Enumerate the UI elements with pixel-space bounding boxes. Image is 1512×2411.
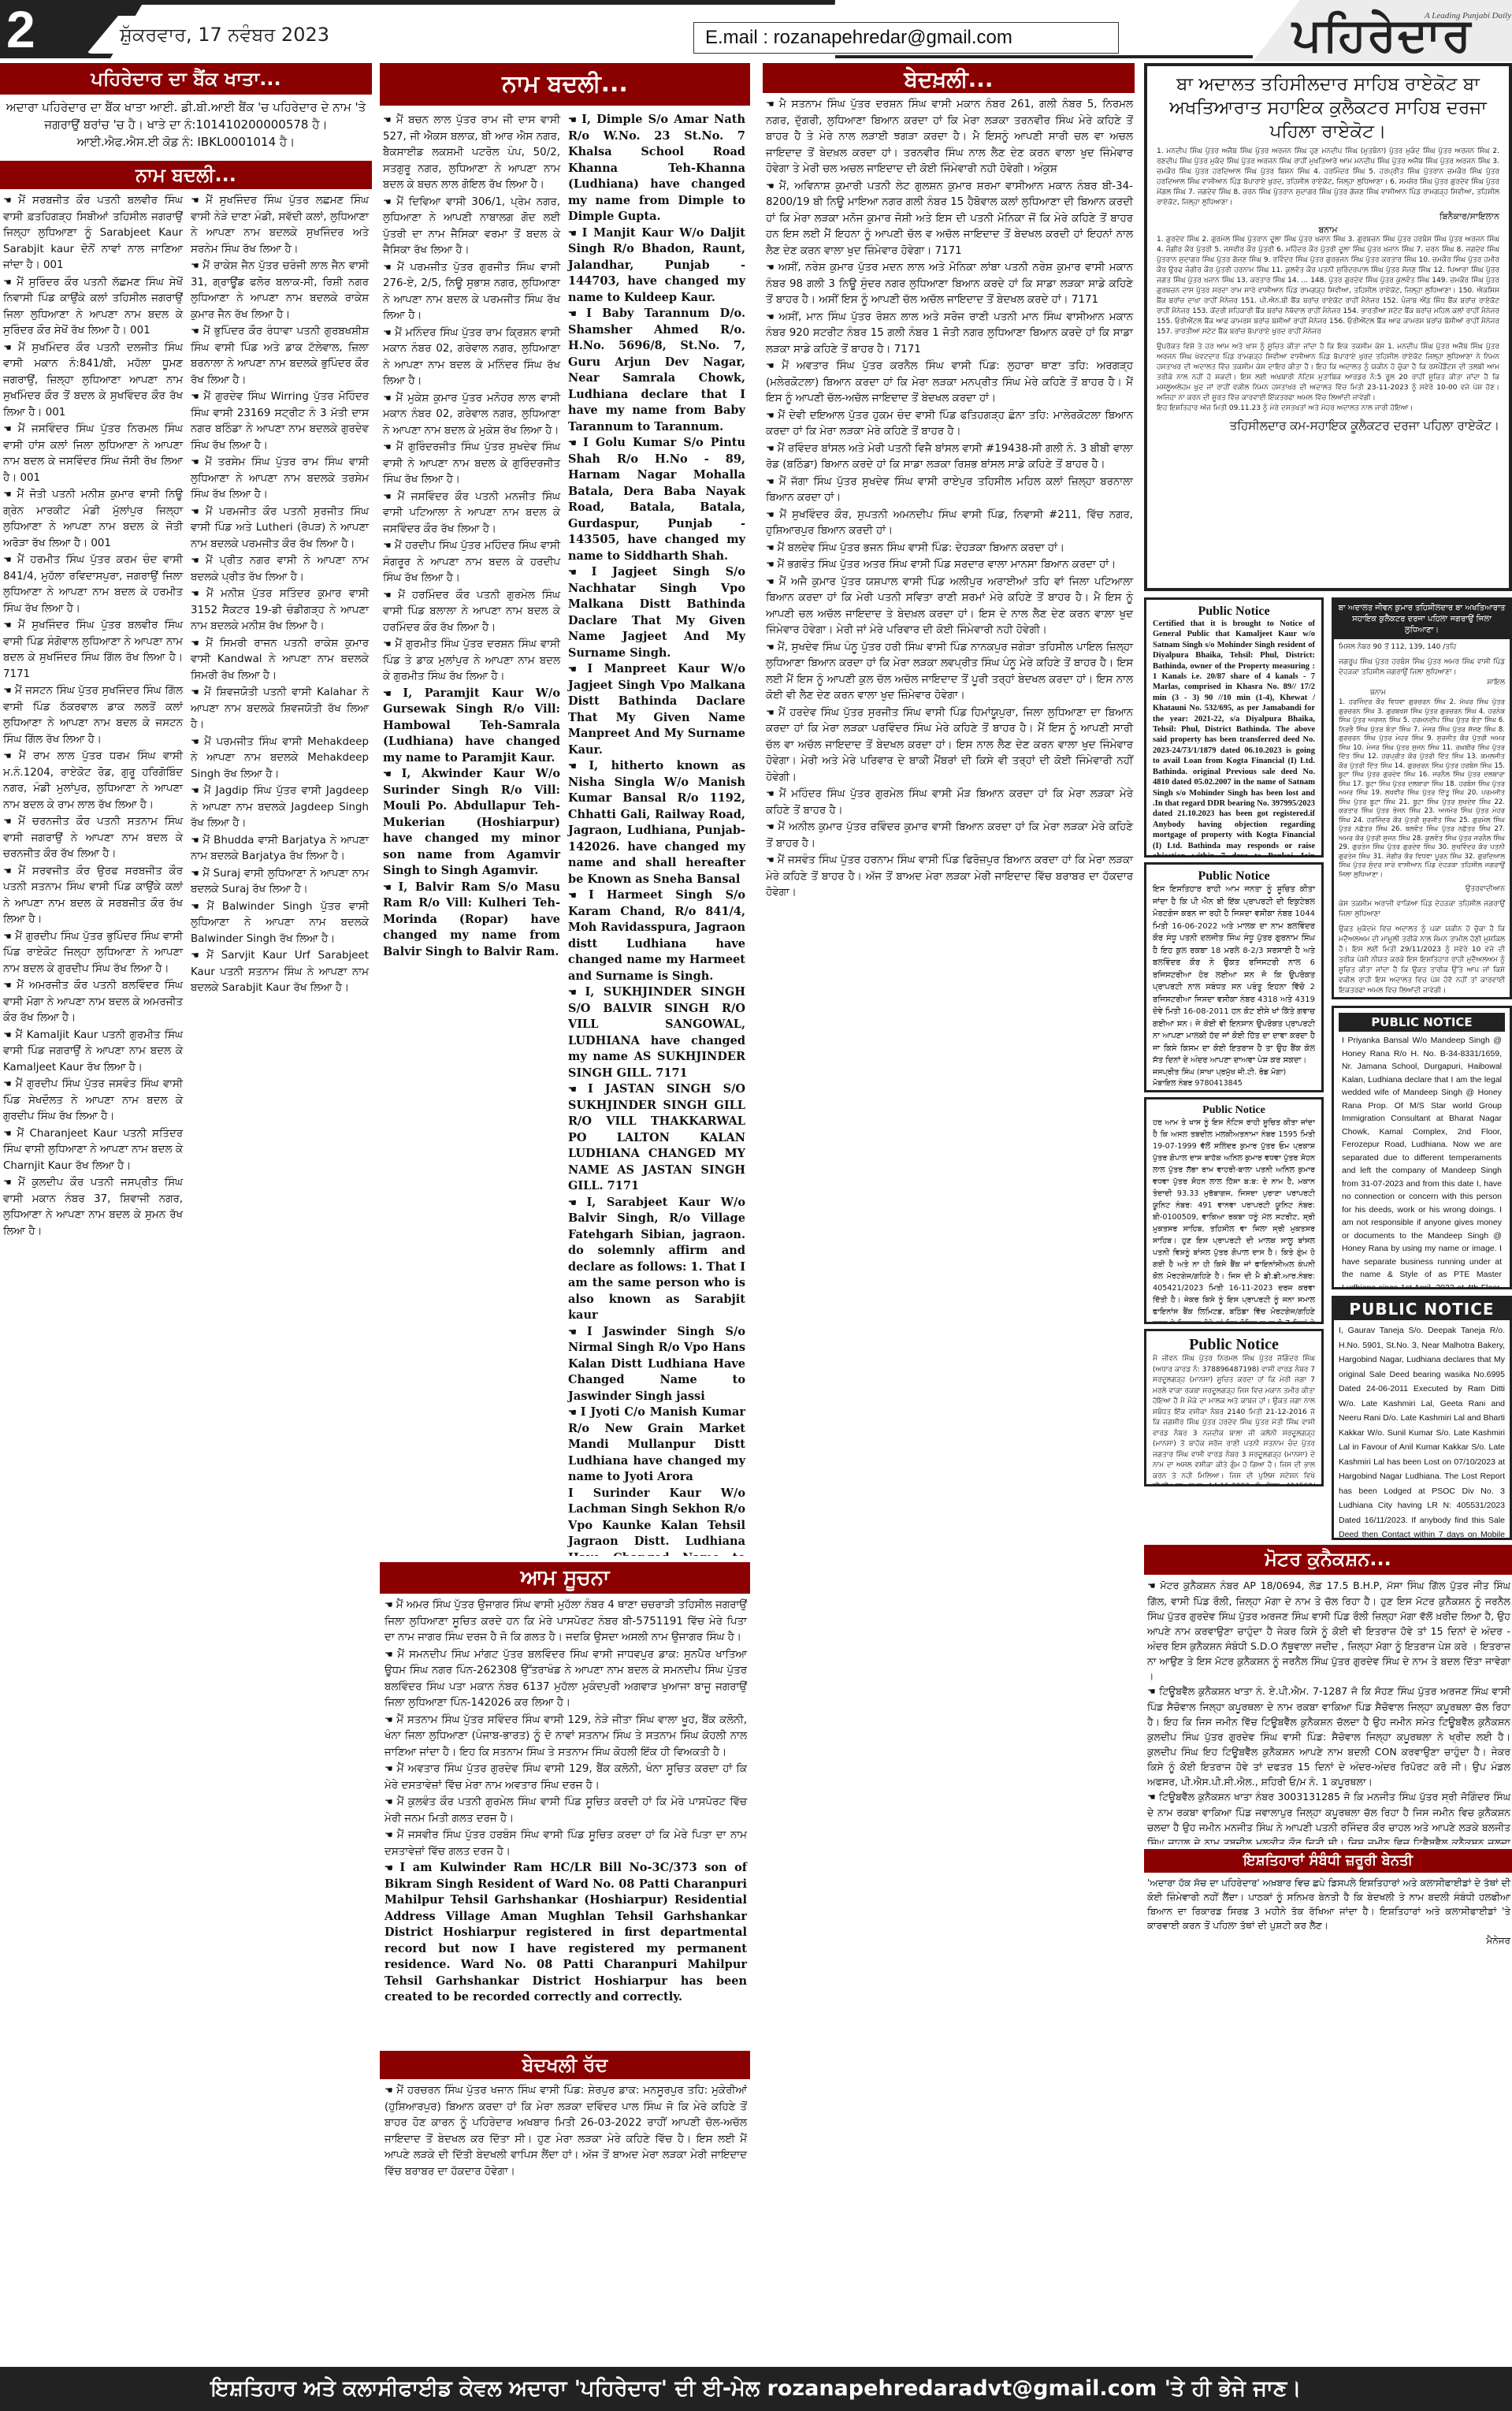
versus-label: ਬਨਾਮ (1157, 225, 1499, 235)
list-item: ਮੈਂ ਗੁਰਮੀਤ ਸਿੰਘ ਪੁੱਤਰ ਦਰਸ਼ਨ ਸਿੰਘ ਵਾਸੀ ਪਿ… (383, 636, 560, 686)
list-item: ਮੈਂ ਹਰਮਿੰਦਰ ਕੌਰ ਪਤਨੀ ਗੁਰਮੇਲ ਸਿੰਘ ਵਾਸੀ ਪਿ… (383, 587, 560, 637)
list-item: ਮੈਂ Jagdip ਸਿੰਘ ਪੁੱਤਰ ਵਾਸੀ Jagdeep ਨੇ ਆਪ… (191, 783, 369, 832)
name-change-left-col1: ਮੈਂ ਸਰਬਜੀਤ ਕੌਰ ਪਤਨੀ ਬਲਵੀਰ ਸਿੰਘ ਵਾਸੀ ਫ਼ਤਹ… (3, 192, 183, 1240)
notice-mobile: ਮੋਬਾਇਲ ਨੰਬਰ 9780413845 (1153, 1078, 1315, 1089)
disinheritance-column: ਬੇਦਖ਼ਲੀ... ਮੈ ਸਤਨਾਮ ਸਿੰਘ ਪੁੱਤਰ ਦਰਸ਼ਨ ਸਿੰ… (763, 63, 1135, 2363)
list-item: ਮੈਂ ਤਰਸੇਮ ਸਿੰਘ ਪੁੱਤਰ ਰਾਮ ਸਿੰਘ ਵਾਸੀ ਲੁਧਿਆ… (191, 454, 369, 504)
list-item: I Baby Tarannum D/o. Shamsher Ahmed R/o.… (568, 306, 745, 435)
list-item: ਮੈਂ ਚਰਨਜੀਤ ਕੌਰ ਪਤਨੀ ਸਤਨਾਮ ਸਿੰਘ ਵਾਸੀ ਜਗਰਾ… (3, 813, 183, 863)
center-column: ਨਾਮ ਬਦਲੀ... ਮੈਂ ਬਚਨ ਲਾਲ ਪੁੱਤਰ ਰਾਮ ਜੀ ਦਾਸ… (380, 63, 750, 2205)
list-item: ਮੈਂ Suraj ਵਾਸੀ ਲੁਧਿਆਣਾ ਨੇ ਆਪਣਾ ਨਾਮ ਬਦਲਕੇ… (191, 865, 369, 899)
list-item: ਮੈਂ ਬਲਦੇਵ ਸਿੰਘ ਪੁੱਤਰ ਭਜਨ ਸਿੰਘ ਵਾਸੀ ਪਿੰਡ:… (766, 540, 1133, 557)
list-item: I Jagjeet Singh S/o Nachhatar Singh Vpo … (568, 564, 745, 661)
list-item: ਟਿਊਬਵੈੱਲ ਕੁਨੈਕਸ਼ਨ ਖਾਤਾ ਨੰ. ਏ.ਪੀ.ਐਮ. 7-12… (1147, 1684, 1510, 1789)
notice-title: PUBLIC NOTICE (1334, 1298, 1510, 1320)
list-item: I Jyoti C/o Manish Kumar R/o New Grain M… (568, 1405, 745, 1486)
list-item: ਮੈਂ ਗੁਰਦੇਵ ਸਿੰਘ Wirring ਪੁੱਤਰ ਮੋਹਿੰਦਰ ਸਿ… (191, 389, 369, 454)
list-item: ਮੈਂ ਸਿਮਰੀ ਰਾਜਨ ਪਤਨੀ ਰਾਕੇਸ਼ ਕੁਮਾਰ ਵਾਸੀ Ka… (191, 635, 369, 685)
list-item: ਮੈਂ ਅਵਤਾਰ ਸਿੰਘ ਪੁੱਤਰ ਗੁਰਦੇਵ ਸਿੰਘ ਵਾਸੀ 12… (385, 1761, 747, 1794)
name-change-center-col1: ਮੈਂ ਬਚਨ ਲਾਲ ਪੁੱਤਰ ਰਾਮ ਜੀ ਦਾਸ ਵਾਸੀ 527, ਜ… (383, 112, 560, 1556)
list-item: I, Balvir Ram S/o Masu Ram R/o Vill: Kul… (383, 880, 560, 961)
list-item: ਮੈਂ ਮੁਕੇਸ਼ ਕੁਮਾਰ ਪੁੱਤਰ ਮਨੋਹਰ ਲਾਲ ਵਾਸੀ ਮਕ… (383, 390, 560, 440)
list-item: ਮੈਂ ਜੋਤੀ ਪਤਨੀ ਮਨੀਸ਼ ਕੁਮਾਰ ਵਾਸੀ ਨਿਊ ਗ੍ਰੇਨ… (3, 486, 183, 552)
list-item: I, Akwinder Kaur W/o Surinder Singh R/o … (383, 766, 560, 880)
notice-text: ਇਸ ਇਸਤਿਹਾਰ ਰਾਹੀ ਆਮ ਜਨਤਾ ਨੂੰ ਸੂਚਿਤ ਕੀਤਾ ਜ… (1153, 884, 1315, 1067)
plaintiffs: 1. ਮਨਦੀਪ ਸਿੰਘ ਪੁੱਤਰ ਅਜੈਬ ਸਿੰਘ ਪੁੱਤਰ ਅਰਜਨ… (1157, 147, 1499, 208)
name-change-heading-left: ਨਾਮ ਬਦਲੀ... (0, 161, 372, 189)
name-change-center-col2: I, Dimple S/o Amar Nath R/o W.No. 23 St.… (568, 112, 745, 1556)
name-change-left-col2: ਮੈਂ ਸੁਖਜਿੰਦਰ ਸਿੰਘ ਪੁੱਤਰ ਲਛਮਣ ਸਿੰਘ ਵਾਸੀ ਨ… (191, 192, 369, 1240)
list-item: ਮੈਂ ਸ਼ਿਵਜਯੋਤੀ ਪਤਨੀ ਵਾਸੀ Kalahar ਨੇ ਆਪਣਾ … (191, 684, 369, 734)
list-item: ਮੈਂ Bhudda ਵਾਸੀ Barjatya ਨੇ ਆਪਣਾ ਨਾਮ ਬਦਲ… (191, 832, 369, 865)
court-notice-issued: ਇਹ ਇਸ਼ਤਿਹਾਰ ਅੱਜ ਮਿਤੀ 09.11.23 ਨੂੰ ਮੇਰੇ ਦ… (1157, 404, 1499, 414)
list-item: ਮੈਂ ਰਵਿੰਦਰ ਬਾਂਸਲ ਅਤੇ ਮੇਰੀ ਪਤਨੀ ਵਿਜੈ ਬਾਂਸ… (766, 441, 1133, 474)
list-item: I, Dimple S/o Amar Nath R/o W.No. 23 St.… (568, 112, 745, 225)
list-item: ਮੈਂ ਭੁਪਿੰਦਰ ਕੌਰ ਰੰਧਾਵਾ ਪਤਨੀ ਗੁਰਬਖਸ਼ੀਸ਼ ਸ… (191, 323, 369, 389)
list-item: I am Kulwinder Ram HC/LR Bill No-3C/373 … (385, 1860, 747, 2006)
notice-text: I Priyanka Bansal W/o Mandeep Singh @ Ho… (1339, 1032, 1505, 1289)
list-item: ਮੈਂ ਅਜੈ ਕੁਮਾਰ ਪੁੱਤਰ ਯਸ਼ਪਾਲ ਵਾਸੀ ਪਿੰਡ ਅਲੀ… (766, 574, 1133, 639)
disinheritance-cancel-heading: ਬੇਦਖਲੀ ਰੱਦ (380, 2051, 750, 2079)
notice-text: ਹਰ ਆਮ ਤੇ ਖਾਸ ਨੂੰ ਇਸ ਨੋਟਿਸ ਰਾਹੀ ਸੂਚਿਤ ਕੀਤ… (1153, 1117, 1315, 1324)
file-number: ਮਿਸਲ ਨੰਬਰ 90 ਤੋਂ 112, 139, 140 /ਤਹਿ (1339, 642, 1505, 653)
list-item: ਮੈਂ ਬਚਨ ਲਾਲ ਪੁੱਤਰ ਰਾਮ ਜੀ ਦਾਸ ਵਾਸੀ 527, ਜ… (383, 112, 560, 194)
ad-request-text: 'ਅਦਾਰਾ ਹੱਕ ਸੱਚ ਦਾ ਪਹਿਰੇਦਾਰ' ਅਖ਼ਬਾਰ ਵਿਚ ਛ… (1147, 1876, 1510, 1933)
footer-banner: ਇਸ਼ਤਿਹਾਰ ਅਤੇ ਕਲਾਸੀਫਾਈਡ ਕੇਵਲ ਅਦਾਰਾ 'ਪਹਿਰੇ… (0, 2367, 1512, 2411)
motor-connection-list: ਮੋਟਰ ਕੁਨੈਕਸ਼ਨ ਨੰਬਰ AP 18/0694, ਲੋਡ 17.5 … (1144, 1575, 1512, 1844)
list-item: ਮੈਂ ਕੁਲਵੰਤ ਕੌਰ ਪਤਨੀ ਗੁਰਮੇਲ ਸਿੰਘ ਵਾਸੀ ਪਿੰ… (385, 1794, 747, 1827)
bank-text: ਅਦਾਰਾ ਪਹਿਰੇਦਾਰ ਦਾ ਬੈਂਕ ਖਾਤਾ ਆਈ. ਡੀ.ਬੀ.ਆਈ… (0, 95, 372, 161)
footer-text: ਇਸ਼ਤਿਹਾਰ ਅਤੇ ਕਲਾਸੀਫਾਈਡ ਕੇਵਲ ਅਦਾਰਾ 'ਪਹਿਰੇ… (211, 2376, 1302, 2402)
name-change-heading-center: ਨਾਮ ਬਦਲੀ... (380, 63, 750, 106)
list-item: ਮੈਂ ਪਰਮਜੀਤ ਸਿੰਘ ਵਾਸੀ Mehakdeep ਨੇ ਆਪਣਾ ਨ… (191, 734, 369, 783)
list-item: ਮੈਂ ਅਨੀਲ ਕੁਮਾਰ ਪੁੱਤਰ ਰਵਿੰਦਰ ਕੁਮਾਰ ਵਾਸੀ ਬ… (766, 819, 1133, 852)
ad-request-heading: ਇਸ਼ਤਿਹਾਰਾਂ ਸੰਬੰਧੀ ਜ਼ਰੂਰੀ ਬੇਨਤੀ (1144, 1849, 1512, 1873)
logo-tagline: A Leading Punjabi Daily (1425, 11, 1511, 20)
list-item: ਮੈਂ ਸਰਵਜੀਤ ਕੌਰ ਉਰਫ ਸਰਬਜੀਤ ਕੌਰ ਪਤਨੀ ਸਤਨਾਮ… (3, 863, 183, 928)
disinheritance-list: ਮੈ ਸਤਨਾਮ ਸਿੰਘ ਪੁੱਤਰ ਦਰਸ਼ਨ ਸਿੰਘ ਵਾਸੀ ਮਕਾਨ… (763, 93, 1135, 2363)
list-item: ਮੈਂ ਦੇਵੀ ਦਇਆਲ ਪੁੱਤਰ ਹੁਕਮ ਚੰਦ ਵਾਸੀ ਪਿੰਡ ਫ… (766, 407, 1133, 441)
notice-title: Public Notice (1153, 605, 1315, 619)
list-item: ਮੈਂ ਰਾਕੇਸ਼ ਜੈਨ ਪੁੱਤਰ ਚਰੰਜੀ ਲਾਲ ਜੈਨ ਵਾਸੀ … (191, 258, 369, 323)
list-item: I, hitherto known as Nisha Singla W/o Ma… (568, 758, 745, 887)
list-item: ਮੈਂ ਸਮਨਦੀਪ ਸਿੰਘ ਮਾਂਗਟ ਪੁੱਤਰ ਬਲਵਿੰਦਰ ਸਿੰਘ… (385, 1646, 747, 1712)
list-item: ਅਸੀਂ, ਨਰੇਸ਼ ਕੁਮਾਰ ਪੁੱਤਰ ਮਦਨ ਲਾਲ ਅਤੇ ਮੋਨਿ… (766, 259, 1133, 309)
list-item: ਮੈਂ ਸੁਰਿੰਦਰ ਕੌਰ ਪਤਨੀ ਲੱਛਮਣ ਸਿੰਘ ਸੇਖੋਂ ਨਿ… (3, 274, 183, 340)
plaintiff: ਜਗਰੂਪ ਸਿੰਘ ਪੁੱਤਰ ਹਰਬੰਸ ਸਿੰਘ ਪੁੱਤਰ ਅਮਰ ਸਿ… (1339, 657, 1505, 678)
right-column: ਬਾ ਅਦਾਲਤ ਤਹਿਸੀਲਦਾਰ ਸਾਹਿਬ ਰਾਏਕੋਟ ਬਾ ਅਖਤਿਆ… (1144, 63, 1512, 1948)
notice-text: Certified that it is brought to Notice o… (1153, 619, 1315, 858)
plaintiff-label: ਸਾਇਲ (1339, 678, 1505, 688)
court-notice-raikot: ਬਾ ਅਦਾਲਤ ਤਹਿਸੀਲਦਾਰ ਸਾਹਿਬ ਰਾਏਕੋਟ ਬਾ ਅਖਤਿਆ… (1144, 63, 1512, 591)
notice-title: PUBLIC NOTICE (1339, 1013, 1505, 1032)
court-notice-signature: ਤਹਿਸੀਲਦਾਰ ਕਮ-ਸਹਾਇਕ ਕੂਲੈਕਟਰ ਦਰਜਾ ਪਹਿਲਾ ਰਾ… (1157, 419, 1499, 433)
notice-text: I, Gaurav Taneja S/o. Deepak Taneja R/o.… (1334, 1320, 1510, 1540)
list-item: ਮੈਂ ਗੁਰਿੰਦਰਜੀਤ ਸਿੰਘ ਪੁੱਤਰ ਸੁਖਦੇਵ ਸਿੰਘ ਵਾ… (383, 439, 560, 489)
list-item: ਮੈਂ ਜੱਗਾ ਸਿੰਘ ਪੁੱਤਰ ਸੁਖਦੇਵ ਸਿੰਘ ਵਾਸੀ ਰਾਏ… (766, 474, 1133, 507)
notice-title: Public Notice (1153, 869, 1315, 884)
public-notice-kamaljeet: Public Notice Certified that it is broug… (1144, 597, 1324, 858)
list-item: I Jaswinder Singh S/o Nirmal Singh R/o V… (568, 1324, 745, 1405)
list-item: ਮੈਂ ਮਨਿੰਦਰ ਸਿੰਘ ਪੁੱਤਰ ਰਾਮ ਕ੍ਰਿਸ਼ਨ ਵਾਸੀ ਮ… (383, 325, 560, 390)
list-item: ਮੈਂ Charanjeet Kaur ਪਤਨੀ ਸਤਿੰਦਰ ਸਿੰਘ ਵਾਸ… (3, 1126, 183, 1175)
list-item: ਮੈਂ ਪ੍ਰੀਤ ਨਗਰ ਵਾਸੀ ਨੇ ਆਪਣਾ ਨਾਮ ਬਦਲਕੇ ਪ੍ਰ… (191, 553, 369, 586)
defendants: 1. ਗੁਰਦੇਵ ਸਿੰਘ 2. ਗੁਰਮੇਲ ਸਿੰਘ ਪੁੱਤਰਾਨ ਦੂ… (1157, 235, 1499, 337)
list-item: ਮੈਂ ਕੁਲਦੀਪ ਕੌਰ ਪਤਨੀ ਜਸਪ੍ਰੀਤ ਸਿੰਘ ਵਾਸੀ ਮਕ… (3, 1174, 183, 1240)
list-item: ਮੋਟਰ ਕੁਨੈਕਸ਼ਨ ਨੰਬਰ AP 18/0694, ਲੋਡ 17.5 … (1147, 1578, 1510, 1684)
public-notice-priyanka: PUBLIC NOTICE I Priyanka Bansal W/o Mand… (1332, 1006, 1512, 1289)
notice-text: ਮੈ ਜੀਵਨ ਸਿੰਘ ਪੁੱਤਰ ਨਿਰਮਲ ਸਿੰਘ ਪੁੱਤਰ ਜੋਗਿ… (1153, 1354, 1315, 1486)
list-item: ਮੈਂ ਭਗਵੰਤ ਸਿੰਘ ਪੁੱਤਰ ਅਤਰ ਸਿੰਘ ਵਾਸੀ ਪਿੰਡ … (766, 556, 1133, 574)
list-item: ਮੈਂ ਜਸਵੀਰ ਸਿੰਘ ਪੁੱਤਰ ਹਰਬੰਸ ਸਿੰਘ ਵਾਸੀ ਪਿੰ… (385, 1827, 747, 1860)
list-item: ਟਿਊਬਵੈੱਲ ਕੁਨੈਕਸ਼ਨ ਖਾਤਾ ਨੰਬਰ 3003131285 ਜ… (1147, 1789, 1510, 1844)
court-notice-jagraon: ਬਾ ਅਦਾਲਤ ਜੀਵਨ ਕੁਮਾਰ ਤਹਿਸੀਲਦਾਰ ਬਾ ਅਖਤਿਆਰਾ… (1332, 597, 1512, 999)
public-notice-pnb: Public Notice ਇਸ ਇਸਤਿਹਾਰ ਰਾਹੀ ਆਮ ਜਨਤਾ ਨੂ… (1144, 862, 1324, 1092)
list-item: ਮੈਂ ਹਰਮੀਤ ਸਿੰਘ ਪੁੱਤਰ ਕਰਮ ਚੰਦ ਵਾਸੀ 841/4,… (3, 552, 183, 617)
list-item: ਅਸੀਂ, ਮਾਨ ਸਿੰਘ ਪੁੱਤਰ ਰੋਸ਼ਨ ਲਾਲ ਅਤੇ ਸਰੋਜ … (766, 309, 1133, 359)
list-item: I, SUKHJINDER SINGH S/O BALVIR SINGH R/O… (568, 984, 745, 1081)
case-subject: ਕੇਸ ਤਕਸੀਮ ਅਰਾਜੀ ਵਾਕਿਆ ਪਿੰਡ ਦੇਹੜਕਾ ਤਹਿਸੀਲ… (1339, 899, 1505, 920)
list-item: I, Paramjit Kaur W/o Gursewak Singh R/o … (383, 686, 560, 767)
list-item: I Manjit Kaur W/o Daljit Singh R/o Bhado… (568, 225, 745, 307)
motor-connection-heading: ਮੋਟਰ ਕੁਨੈਕਸ਼ਨ... (1144, 1545, 1512, 1575)
list-item: ਮੈਂ ਰਾਮ ਲਾਲ ਪੁੱਤਰ ਧਰਮ ਸਿੰਘ ਵਾਸੀ ਮ.ਨੰ.120… (3, 748, 183, 813)
ad-request-signature: ਮੈਨੇਜਰ (1147, 1933, 1510, 1948)
general-info-heading: ਆਮ ਸੂਚਨਾ (380, 1562, 750, 1594)
disinheritance-heading: ਬੇਦਖ਼ਲੀ... (763, 63, 1135, 93)
list-item: ਮੈਂ ਜਸਵਿੰਦਰ ਕੌਰ ਪਤਨੀ ਮਨਜੀਤ ਸਿੰਘ ਵਾਸੀ ਪਟਿ… (383, 489, 560, 538)
list-item: ਮੈਂ ਸੁਖਮਿੰਦਰ ਕੌਰ ਪਤਨੀ ਦਲਜੀਤ ਸਿੰਘ ਵਾਸੀ ਮਕ… (3, 340, 183, 422)
list-item: ਮੈਂ ਸਤਨਾਮ ਸਿੰਘ ਪੁੱਤਰ ਸਵਿੰਦਰ ਸਿੰਘ ਵਾਸੀ 12… (385, 1712, 747, 1762)
list-item: ਮੈਂ ਹਰਦੇਵ ਸਿੰਘ ਪੁੱਤਰ ਸੁਰਜੀਤ ਸਿੰਘ ਵਾਸੀ ਪਿ… (766, 705, 1133, 787)
list-item: ਮੈਂ ਜਸਵੰਤ ਸਿੰਘ ਪੁੱਤਰ ਹਰਨਾਮ ਸਿੰਘ ਵਾਸੀ ਪਿੰ… (766, 852, 1133, 902)
list-item: I Surinder Kaur W/o Lachman Singh Sekhon… (568, 1486, 745, 1557)
issue-date: ਸ਼ੁੱਕਰਵਾਰ, 17 ਨਵੰਬਰ 2023 (120, 24, 329, 46)
list-item: I, Sarabjeet Kaur W/o Balvir Singh, R/o … (568, 1195, 745, 1324)
list-item: ਮੈਂ ਸੁਖਜਿੰਦਰ ਸਿੰਘ ਪੁੱਤਰ ਬਲਵੀਰ ਸਿੰਘ ਵਾਸੀ … (3, 617, 183, 683)
list-item: ਮੈ ਸਤਨਾਮ ਸਿੰਘ ਪੁੱਤਰ ਦਰਸ਼ਨ ਸਿੰਘ ਵਾਸੀ ਮਕਾਨ… (766, 96, 1133, 178)
public-notice-bansal: Public Notice ਹਰ ਆਮ ਤੇ ਖਾਸ ਨੂੰ ਇਸ ਨੋਟਿਸ … (1144, 1097, 1324, 1324)
list-item: ਮੈਂ ਹਰਦੀਪ ਸਿੰਘ ਪੁੱਤਰ ਮਹਿੰਦਰ ਸਿੰਘ ਵਾਸੀ ਸੰ… (383, 538, 560, 587)
list-item: ਮੈਂ ਮਹਿੰਦਰ ਸਿੰਘ ਪੁੱਤਰ ਗੁਰਮੇਲ ਸਿੰਘ ਵਾਸੀ ਮ… (766, 786, 1133, 819)
versus-label: ਬਨਾਮ (1339, 688, 1505, 698)
list-item: ਮੈਂ, ਸੁਖਦੇਵ ਸਿੰਘ ਪੰਨੂ ਪੁੱਤਰ ਹਰੀ ਸਿੰਘ ਵਾਸ… (766, 639, 1133, 705)
defendants: 1. ਹਰਜਿੰਦਰ ਕੌਰ ਵਿਧਵਾ ਗੁਰਚਰਨ ਸਿੰਘ 2. ਮੱਘਰ… (1339, 698, 1505, 880)
list-item: ਮੈਂ ਪਰਮਜੀਤ ਕੌਰ ਪਤਨੀ ਸੁਰਜੀਤ ਸਿੰਘ ਵਾਸੀ ਪਿੰ… (191, 504, 369, 553)
list-item: ਮੈਂ ਸੁਖਵਿੰਦਰ ਕੌਰ, ਸੁਪਤਨੀ ਅਮਨਦੀਪ ਸਿੰਘ ਵਾਸ… (766, 507, 1133, 540)
court-notice-body: ਉਪਰੋਕਤ ਵਿਸ਼ੇ ਤੇ ਹਰ ਆਮ ਅਤੇ ਖਾਸ ਨੂੰ ਸੂਚਿਤ … (1157, 342, 1499, 404)
list-item: ਮੈਂ ਗੁਰਦੀਪ ਸਿੰਘ ਪੁੱਤਰ ਜਸਵੰਤ ਸਿੰਘ ਵਾਸੀ ਪਿ… (3, 1076, 183, 1126)
list-item: I JASTAN SINGH S/O SUKHJINDER SINGH GILL… (568, 1081, 745, 1195)
list-item: ਮੈਂ ਅਵਤਾਰ ਸਿੰਘ ਪੁੱਤਰ ਕਰਨੈਲ ਸਿੰਘ ਵਾਸੀ ਪਿੰ… (766, 358, 1133, 407)
list-item: ਮੈਂ ਸੁਖਜਿੰਦਰ ਸਿੰਘ ਪੁੱਤਰ ਲਛਮਣ ਸਿੰਘ ਵਾਸੀ ਨ… (191, 192, 369, 258)
list-item: ਮੈਂ ਅਮਰਜੀਤ ਕੌਰ ਪਤਨੀ ਬਲਵਿੰਦਰ ਸਿੰਘ ਵਾਸੀ ਮੋ… (3, 977, 183, 1027)
list-item: ਮੈਂ ਜਸਟਨ ਸਿੰਘ ਪੁੱਤਰ ਸੁਖਜਿੰਦਰ ਸਿੰਘ ਗਿੱਲ ਵ… (3, 683, 183, 748)
left-column: ਪਹਿਰੇਦਾਰ ਦਾ ਬੈਂਕ ਖਾਤਾ... ਅਦਾਰਾ ਪਹਿਰੇਦਾਰ … (0, 63, 372, 1240)
list-item: ਮੈਂ ਗੁਰਦੀਪ ਸਿੰਘ ਪੁੱਤਰ ਭੁਪਿੰਦਰ ਸਿੰਘ ਵਾਸੀ … (3, 928, 183, 978)
notice-title: Public Notice (1153, 1104, 1315, 1117)
page-number: 2 (6, 2, 35, 57)
list-item: ਮੈਂ ਹਰਚਰਨ ਸਿੰਘ ਪੁੱਤਰ ਖਜਾਨ ਸਿੰਘ ਵਾਸੀ ਪਿੰਡ… (385, 2082, 747, 2180)
list-item: ਮੈਂ ਸਰਬਜੀਤ ਕੌਰ ਪਤਨੀ ਬਲਵੀਰ ਸਿੰਘ ਵਾਸੀ ਫ਼ਤਹ… (3, 192, 183, 274)
list-item: ਮੈਂ ਜਸਵਿੰਦਰ ਸਿੰਘ ਪੁੱਤਰ ਨਿਰਮਲ ਸਿੰਘ ਵਾਸੀ ਹ… (3, 421, 183, 486)
list-item: ਮੈਂ Kamaljit Kaur ਪਤਨੀ ਗੁਰਮੀਤ ਸਿੰਘ ਵਾਸੀ … (3, 1027, 183, 1077)
list-item: I Golu Kumar S/o Pintu Shah R/o H.No - 8… (568, 435, 745, 564)
court-notice-jagraon-title: ਬਾ ਅਦਾਲਤ ਜੀਵਨ ਕੁਮਾਰ ਤਹਿਸੀਲਦਾਰ ਬਾ ਅਖਤਿਆਰਾ… (1334, 600, 1510, 639)
masthead: 2 ਸ਼ੁੱਕਰਵਾਰ, 17 ਨਵੰਬਰ 2023 E.mail : roza… (0, 0, 1512, 61)
list-item: ਮੈਂ Sarvjit Kaur Urf Sarabjeet Kaur ਪਤਨੀ… (191, 947, 369, 997)
list-item: ਮੈਂ Balwinder Singh ਪੁੱਤਰ ਵਾਸੀ ਲੁਧਿਆਣਾ ਨ… (191, 899, 369, 948)
list-item: I Harmeet Singh S/o Karam Chand, R/o 841… (568, 887, 745, 984)
court-notice-body: ਉਕਤ ਮੁਕੱਦਮੇ ਵਿਚ ਅਦਾਲਤ ਨੂੰ ਪਕਾ ਯਕੀਨ ਹੋ ਚੁ… (1339, 925, 1505, 996)
defendants-label: ਉਤਰਵਾਦੀਆਨ (1339, 884, 1505, 895)
notice-signature: ਜਸਪ੍ਰੀਤ ਸਿੰਘ (ਸਾਖਾ ਪ੍ਰਮੁੱਖ ਜੀ.ਟੀ. ਰੋਡ ਮੋ… (1153, 1067, 1315, 1078)
general-info-list: ਮੈਂ ਅਮਰ ਸਿੰਘ ਪੁੱਤਰ ਉਜਾਗਰ ਸਿੰਘ ਵਾਸੀ ਮੁਹੱਲ… (380, 1594, 750, 2043)
notice-title: Public Notice (1153, 1336, 1315, 1354)
list-item: ਮੈਂ ਦਿਵਿਆ ਵਾਸੀ 306/1, ਪ੍ਰੇਮ ਨਗਰ, ਲੁਧਿਆਣਾ… (383, 194, 560, 259)
public-notice-gaurav: PUBLIC NOTICE I, Gaurav Taneja S/o. Deep… (1332, 1296, 1512, 1540)
list-item: ਮੈਂ ਅਮਰ ਸਿੰਘ ਪੁੱਤਰ ਉਜਾਗਰ ਸਿੰਘ ਵਾਸੀ ਮੁਹੱਲ… (385, 1597, 747, 1646)
public-notice-jeevan: Public Notice ਮੈ ਜੀਵਨ ਸਿੰਘ ਪੁੱਤਰ ਨਿਰਮਲ ਸ… (1144, 1329, 1324, 1486)
bank-heading: ਪਹਿਰੇਦਾਰ ਦਾ ਬੈਂਕ ਖਾਤਾ... (0, 63, 372, 95)
court-notice-title: ਬਾ ਅਦਾਲਤ ਤਹਿਸੀਲਦਾਰ ਸਾਹਿਬ ਰਾਏਕੋਟ ਬਾ ਅਖਤਿਆ… (1157, 73, 1499, 143)
date-box: ਸ਼ੁੱਕਰਵਾਰ, 17 ਨਵੰਬਰ 2023 (87, 16, 362, 54)
email-box[interactable]: E.mail : rozanapehredar@gmail.com (693, 22, 1119, 54)
plaintiffs-label: ਬਿਨੈਕਾਰ/ਸਾਇਲਾਨ (1157, 211, 1499, 221)
list-item: ਮੈਂ ਪਰਮਜੀਤ ਪੁੱਤਰ ਗੁਰਜੀਤ ਸਿੰਘ ਵਾਸੀ 276-ਏ,… (383, 259, 560, 325)
list-item: I Manpreet Kaur W/o Jagjeet Singh Vpo Ma… (568, 661, 745, 758)
list-item: ਮੈਂ, ਅਵਿਨਾਸ਼ ਕੁਮਾਰੀ ਪਤਨੀ ਲੇਟ ਗੁਲਸ਼ਨ ਕੁਮਾ… (766, 178, 1133, 260)
list-item: ਮੈਂ ਮਨੀਸ਼ ਪੁੱਤਰ ਸਤਿੰਦਰ ਕੁਮਾਰ ਵਾਸੀ 3152 ਸ… (191, 586, 369, 635)
